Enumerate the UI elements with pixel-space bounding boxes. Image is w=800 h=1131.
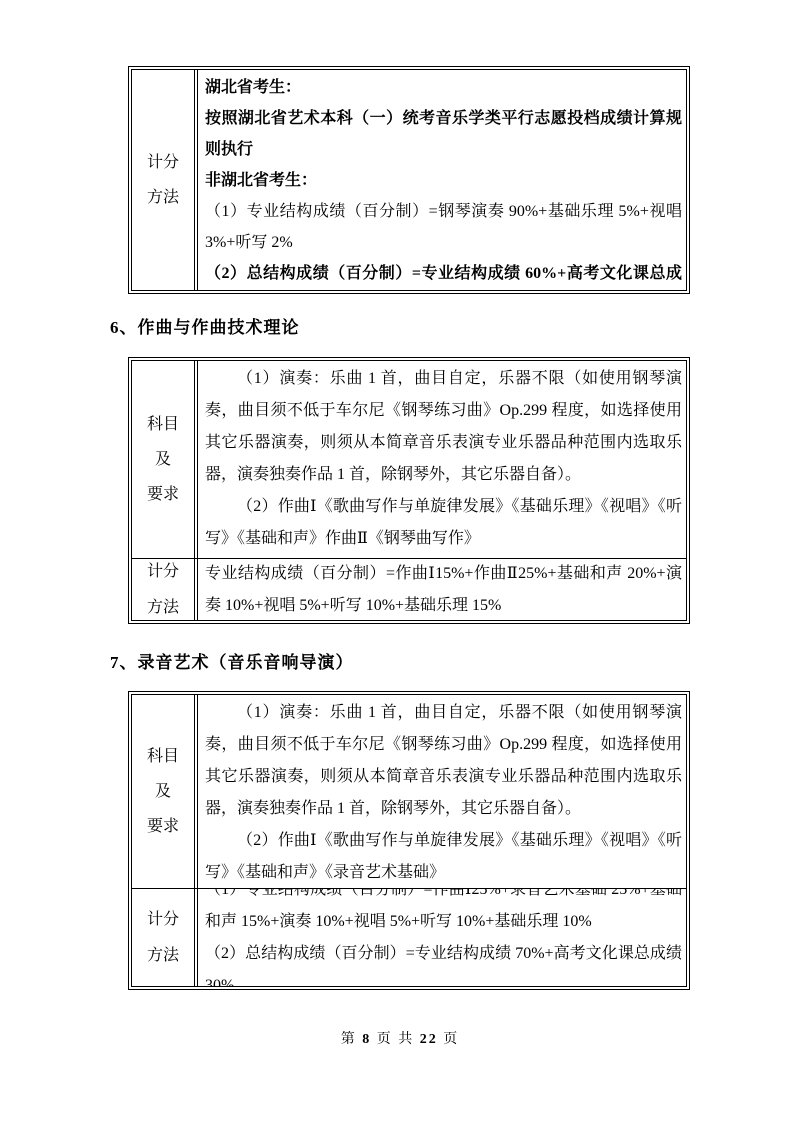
scoring-method-content: 湖北省考生： 按照湖北省艺术本科（一）统考音乐学类平行志愿投档成绩计算规则执行 … (198, 70, 686, 290)
document-page: 计分 方法 湖北省考生： 按照湖北省艺术本科（一）统考音乐学类平行志愿投档成绩计… (0, 0, 800, 1131)
table-row: 计分 方法 湖北省考生： 按照湖北省艺术本科（一）统考音乐学类平行志愿投档成绩计… (132, 70, 686, 290)
row-label-scoring-method: 计分 方法 (132, 70, 198, 290)
section-6-heading: 6、作曲与作曲技术理论 (110, 313, 300, 338)
paragraph: （1）专业结构成绩（百分制）=钢琴演奏 90%+基础乐理 5%+视唱 3%+听写… (205, 196, 682, 258)
footer-middle: 页 共 (377, 1032, 415, 1047)
scoring-method-content: （1）专业结构成绩（百分制）=作曲Ⅰ25%+录音艺术基础 25%+基础和声 15… (198, 889, 686, 986)
scoring-method-content: 专业结构成绩（百分制）=作曲Ⅰ15%+作曲Ⅱ25%+基础和声 20%+演奏 10… (198, 559, 686, 620)
subjects-requirements-content: （1）演奏：乐曲 1 首，曲目自定，乐器不限（如使用钢琴演奏，曲目须不低于车尔尼… (198, 361, 686, 558)
page-footer: 第 8 页 共 22 页 (0, 1028, 800, 1048)
table-row: 科目 及 要求 （1）演奏：乐曲 1 首，曲目自定，乐器不限（如使用钢琴演奏，曲… (132, 695, 686, 888)
paragraph: （2）作曲Ⅰ《歌曲写作与单旋律发展》《基础乐理》《视唱》《听写》《基础和声》《录… (205, 825, 682, 888)
paragraph: （1）演奏：乐曲 1 首，曲目自定，乐器不限（如使用钢琴演奏，曲目须不低于车尔尼… (205, 697, 682, 825)
row-label-scoring-method: 计分 方法 (132, 559, 198, 620)
section-7-table: 科目 及 要求 （1）演奏：乐曲 1 首，曲目自定，乐器不限（如使用钢琴演奏，曲… (128, 691, 690, 990)
paragraph: 专业结构成绩（百分制）=作曲Ⅰ15%+作曲Ⅱ25%+基础和声 20%+演奏 10… (205, 559, 682, 620)
paragraph: 湖北省考生： (205, 72, 682, 103)
row-label-scoring-method: 计分 方法 (132, 889, 198, 986)
paragraph: （2）总结构成绩（百分制）=专业结构成绩 60%+高考文化课总成绩 40% (205, 258, 682, 290)
footer-prefix: 第 (341, 1032, 357, 1047)
paragraph: （2）作曲Ⅰ《歌曲写作与单旋律发展》《基础乐理》《视唱》《听写》《基础和声》作曲… (205, 491, 682, 555)
section-7-heading: 7、录音艺术（音乐音响导演） (110, 648, 354, 673)
table-row: 计分 方法 专业结构成绩（百分制）=作曲Ⅰ15%+作曲Ⅱ25%+基础和声 20%… (132, 558, 686, 620)
scoring-method-table-continued: 计分 方法 湖北省考生： 按照湖北省艺术本科（一）统考音乐学类平行志愿投档成绩计… (128, 66, 690, 294)
paragraph: （2）总结构成绩（百分制）=专业结构成绩 70%+高考文化课总成绩 30% (205, 938, 682, 987)
paragraph: （1）专业结构成绩（百分制）=作曲Ⅰ25%+录音艺术基础 25%+基础和声 15… (205, 889, 682, 938)
footer-page-number: 8 (362, 1032, 371, 1047)
paragraph: 按照湖北省艺术本科（一）统考音乐学类平行志愿投档成绩计算规则执行 (205, 103, 682, 165)
row-label-subjects-requirements: 科目 及 要求 (132, 361, 198, 558)
footer-suffix: 页 (443, 1032, 459, 1047)
paragraph: （1）演奏：乐曲 1 首，曲目自定，乐器不限（如使用钢琴演奏，曲目须不低于车尔尼… (205, 363, 682, 491)
footer-total-pages: 22 (420, 1032, 438, 1047)
section-6-table: 科目 及 要求 （1）演奏：乐曲 1 首，曲目自定，乐器不限（如使用钢琴演奏，曲… (128, 357, 690, 624)
subjects-requirements-content: （1）演奏：乐曲 1 首，曲目自定，乐器不限（如使用钢琴演奏，曲目须不低于车尔尼… (198, 695, 686, 888)
table-row: 科目 及 要求 （1）演奏：乐曲 1 首，曲目自定，乐器不限（如使用钢琴演奏，曲… (132, 361, 686, 558)
table-row: 计分 方法 （1）专业结构成绩（百分制）=作曲Ⅰ25%+录音艺术基础 25%+基… (132, 888, 686, 986)
row-label-subjects-requirements: 科目 及 要求 (132, 695, 198, 888)
paragraph: 非湖北省考生： (205, 165, 682, 196)
